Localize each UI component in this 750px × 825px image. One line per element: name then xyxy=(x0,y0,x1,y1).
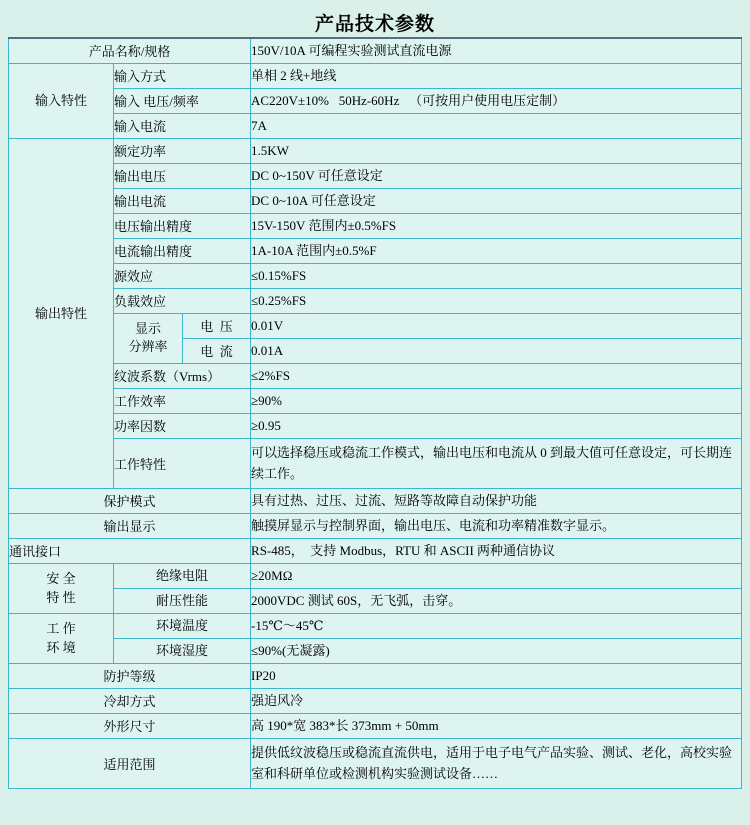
param-label: 环境温度 xyxy=(114,613,251,638)
row-label: 防护等级 xyxy=(9,663,251,688)
value-cell: 高 190*宽 383*长 373mm + 50mm xyxy=(251,713,742,738)
value-cell: IP20 xyxy=(251,663,742,688)
param-label: 输出电流 xyxy=(114,188,251,213)
table-row: 安 全 特 性绝缘电阻≥20MΩ xyxy=(9,563,742,588)
param-label: 耐压性能 xyxy=(114,588,251,613)
sub-param-label: 电 压 xyxy=(183,313,251,338)
value-cell: 0.01A xyxy=(251,338,742,363)
param-label: 绝缘电阻 xyxy=(114,563,251,588)
table-row: 源效应≤0.15%FS xyxy=(9,263,742,288)
table-row: 负载效应≤0.25%FS xyxy=(9,288,742,313)
page-title: 产品技术参数 xyxy=(0,0,750,37)
param-label: 显示 分辨率 xyxy=(114,313,183,363)
value-cell: ≤0.15%FS xyxy=(251,263,742,288)
table-row: 输入电流7A xyxy=(9,113,742,138)
table-row: 工作效率≥90% xyxy=(9,388,742,413)
param-label: 工作特性 xyxy=(114,438,251,488)
table-row: 输出特性额定功率1.5KW xyxy=(9,138,742,163)
table-row: 输入特性输入方式单相 2 线+地线 xyxy=(9,63,742,88)
row-label: 保护模式 xyxy=(9,488,251,513)
param-label: 输入电流 xyxy=(114,113,251,138)
table-row: 产品名称/规格150V/10A 可编程实验测试直流电源 xyxy=(9,38,742,63)
table-row: 功率因数≥0.95 xyxy=(9,413,742,438)
table-row: 环境湿度≤90%(无凝露) xyxy=(9,638,742,663)
value-cell: 2000VDC 测试 60S，无飞弧，击穿。 xyxy=(251,588,742,613)
param-label: 电压输出精度 xyxy=(114,213,251,238)
table-row: 通讯接口RS-485， 支持 Modbus，RTU 和 ASCII 两种通信协议 xyxy=(9,538,742,563)
row-label: 外形尺寸 xyxy=(9,713,251,738)
value-cell: -15℃～45℃ xyxy=(251,613,742,638)
value-cell: ≥0.95 xyxy=(251,413,742,438)
param-label: 纹波系数（Vrms） xyxy=(114,363,251,388)
param-label: 环境湿度 xyxy=(114,638,251,663)
value-cell: 0.01V xyxy=(251,313,742,338)
table-row: 输出电流DC 0~10A 可任意设定 xyxy=(9,188,742,213)
value-cell: ≤0.25%FS xyxy=(251,288,742,313)
value-cell: 15V-150V 范围内±0.5%FS xyxy=(251,213,742,238)
value-cell: 7A xyxy=(251,113,742,138)
value-cell: 单相 2 线+地线 xyxy=(251,63,742,88)
group-label: 输出特性 xyxy=(9,138,114,488)
table-row: 冷却方式强迫风冷 xyxy=(9,688,742,713)
table-row: 电流输出精度1A-10A 范围内±0.5%F xyxy=(9,238,742,263)
table-row: 输出电压DC 0~150V 可任意设定 xyxy=(9,163,742,188)
value-cell: 1A-10A 范围内±0.5%F xyxy=(251,238,742,263)
value-cell: ≤90%(无凝露) xyxy=(251,638,742,663)
table-row: 保护模式具有过热、过压、过流、短路等故障自动保护功能 xyxy=(9,488,742,513)
table-row: 输出显示触摸屏显示与控制界面，输出电压、电流和功率精准数字显示。 xyxy=(9,513,742,538)
table-row: 输入 电压/频率AC220V±10% 50Hz-60Hz （可按用户使用电压定制… xyxy=(9,88,742,113)
table-row: 外形尺寸高 190*宽 383*长 373mm + 50mm xyxy=(9,713,742,738)
param-label: 输入方式 xyxy=(114,63,251,88)
row-label: 冷却方式 xyxy=(9,688,251,713)
table-row: 防护等级IP20 xyxy=(9,663,742,688)
table-row: 纹波系数（Vrms）≤2%FS xyxy=(9,363,742,388)
value-cell: 可以选择稳压或稳流工作模式，输出电压和电流从 0 到最大值可任意设定，可长期连续… xyxy=(251,438,742,488)
row-label: 适用范围 xyxy=(9,738,251,788)
spec-table: 产品名称/规格150V/10A 可编程实验测试直流电源输入特性输入方式单相 2 … xyxy=(8,37,742,789)
sub-param-label: 电 流 xyxy=(183,338,251,363)
value-cell: AC220V±10% 50Hz-60Hz （可按用户使用电压定制） xyxy=(251,88,742,113)
group-label: 输入特性 xyxy=(9,63,114,138)
value-cell: DC 0~10A 可任意设定 xyxy=(251,188,742,213)
value-cell: ≥20MΩ xyxy=(251,563,742,588)
param-label: 负载效应 xyxy=(114,288,251,313)
row-label: 产品名称/规格 xyxy=(9,38,251,63)
group-label: 工 作 环 境 xyxy=(9,613,114,663)
value-cell: 触摸屏显示与控制界面，输出电压、电流和功率精准数字显示。 xyxy=(251,513,742,538)
value-cell: 强迫风冷 xyxy=(251,688,742,713)
param-label: 输出电压 xyxy=(114,163,251,188)
table-row: 适用范围提供低纹波稳压或稳流直流供电，适用于电子电气产品实验、测试、老化，高校实… xyxy=(9,738,742,788)
param-label: 额定功率 xyxy=(114,138,251,163)
value-cell: RS-485， 支持 Modbus，RTU 和 ASCII 两种通信协议 xyxy=(251,538,742,563)
param-label: 源效应 xyxy=(114,263,251,288)
value-cell: 提供低纹波稳压或稳流直流供电，适用于电子电气产品实验、测试、老化，高校实验室和科… xyxy=(251,738,742,788)
table-row: 耐压性能2000VDC 测试 60S，无飞弧，击穿。 xyxy=(9,588,742,613)
row-label: 输出显示 xyxy=(9,513,251,538)
group-label: 安 全 特 性 xyxy=(9,563,114,613)
row-label: 通讯接口 xyxy=(9,538,251,563)
param-label: 工作效率 xyxy=(114,388,251,413)
value-cell: ≤2%FS xyxy=(251,363,742,388)
table-row: 工 作 环 境环境温度-15℃～45℃ xyxy=(9,613,742,638)
value-cell: DC 0~150V 可任意设定 xyxy=(251,163,742,188)
table-row: 工作特性可以选择稳压或稳流工作模式，输出电压和电流从 0 到最大值可任意设定，可… xyxy=(9,438,742,488)
value-cell: 150V/10A 可编程实验测试直流电源 xyxy=(251,38,742,63)
table-row: 电压输出精度15V-150V 范围内±0.5%FS xyxy=(9,213,742,238)
value-cell: ≥90% xyxy=(251,388,742,413)
table-row: 显示 分辨率电 压0.01V xyxy=(9,313,742,338)
value-cell: 具有过热、过压、过流、短路等故障自动保护功能 xyxy=(251,488,742,513)
value-cell: 1.5KW xyxy=(251,138,742,163)
param-label: 电流输出精度 xyxy=(114,238,251,263)
param-label: 功率因数 xyxy=(114,413,251,438)
param-label: 输入 电压/频率 xyxy=(114,88,251,113)
